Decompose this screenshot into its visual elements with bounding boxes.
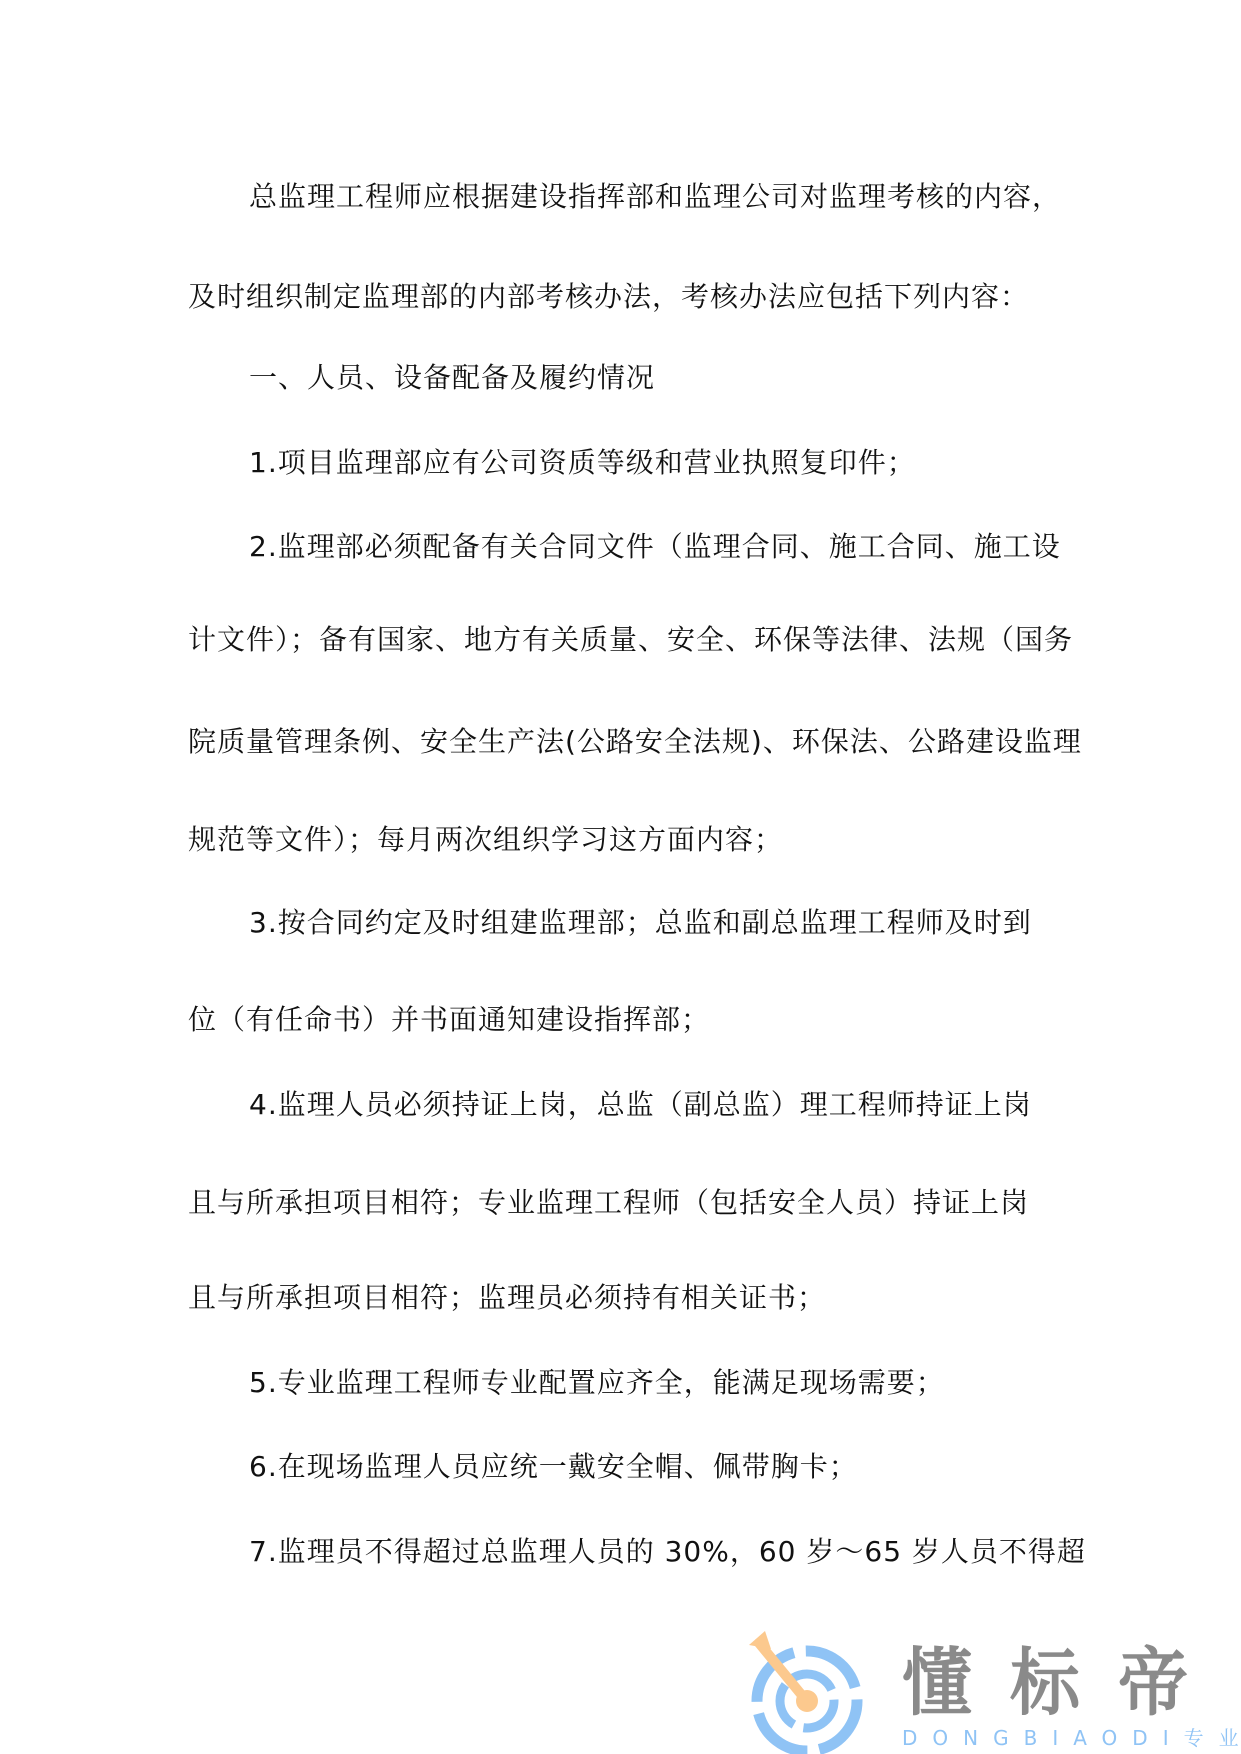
- item-4-line-1: 4.监理人员必须持证上岗，总监（副总监）理工程师持证上岗: [249, 1085, 1032, 1125]
- watermark-subtitle: DONGBIAODI专业版: [902, 1725, 1241, 1751]
- item-3-line-1: 3.按合同约定及时组建监理部；总监和副总监理工程师及时到: [249, 903, 1032, 943]
- paragraph-intro-line-2: 及时组织制定监理部的内部考核办法，考核办法应包括下列内容：: [188, 277, 1029, 317]
- target-logo-icon: [745, 1625, 870, 1754]
- watermark: 懂标帝 DONGBIAODI专业版: [745, 1625, 1225, 1754]
- paragraph-intro-line-1: 总监理工程师应根据建设指挥部和监理公司对监理考核的内容，: [249, 177, 1061, 217]
- item-2-line-1: 2.监理部必须配备有关合同文件（监理合同、施工合同、施工设: [249, 527, 1061, 567]
- section-heading: 一、人员、设备配备及履约情况: [249, 358, 655, 398]
- item-3-line-2: 位（有任命书）并书面通知建设指挥部；: [188, 1000, 710, 1040]
- item-5: 5.专业监理工程师专业配置应齐全，能满足现场需要；: [249, 1363, 945, 1403]
- watermark-title: 懂标帝: [902, 1641, 1226, 1725]
- item-2-line-3: 院质量管理条例、安全生产法(公路安全法规)、环保法、公路建设监理: [188, 722, 1082, 762]
- item-6: 6.在现场监理人员应统一戴安全帽、佩带胸卡；: [249, 1447, 858, 1487]
- item-2-line-4: 规范等文件）；每月两次组织学习这方面内容；: [188, 820, 783, 860]
- item-4-line-2: 且与所承担项目相符；专业监理工程师（包括安全人员）持证上岗: [188, 1183, 1029, 1223]
- item-2-line-2: 计文件）；备有国家、地方有关质量、安全、环保等法律、法规（国务: [188, 620, 1073, 660]
- item-4-line-3: 且与所承担项目相符；监理员必须持有相关证书；: [188, 1278, 826, 1318]
- item-1: 1.项目监理部应有公司资质等级和营业执照复印件；: [249, 443, 916, 483]
- item-7-line-1: 7.监理员不得超过总监理人员的 30%，60 岁～65 岁人员不得超: [249, 1532, 1086, 1572]
